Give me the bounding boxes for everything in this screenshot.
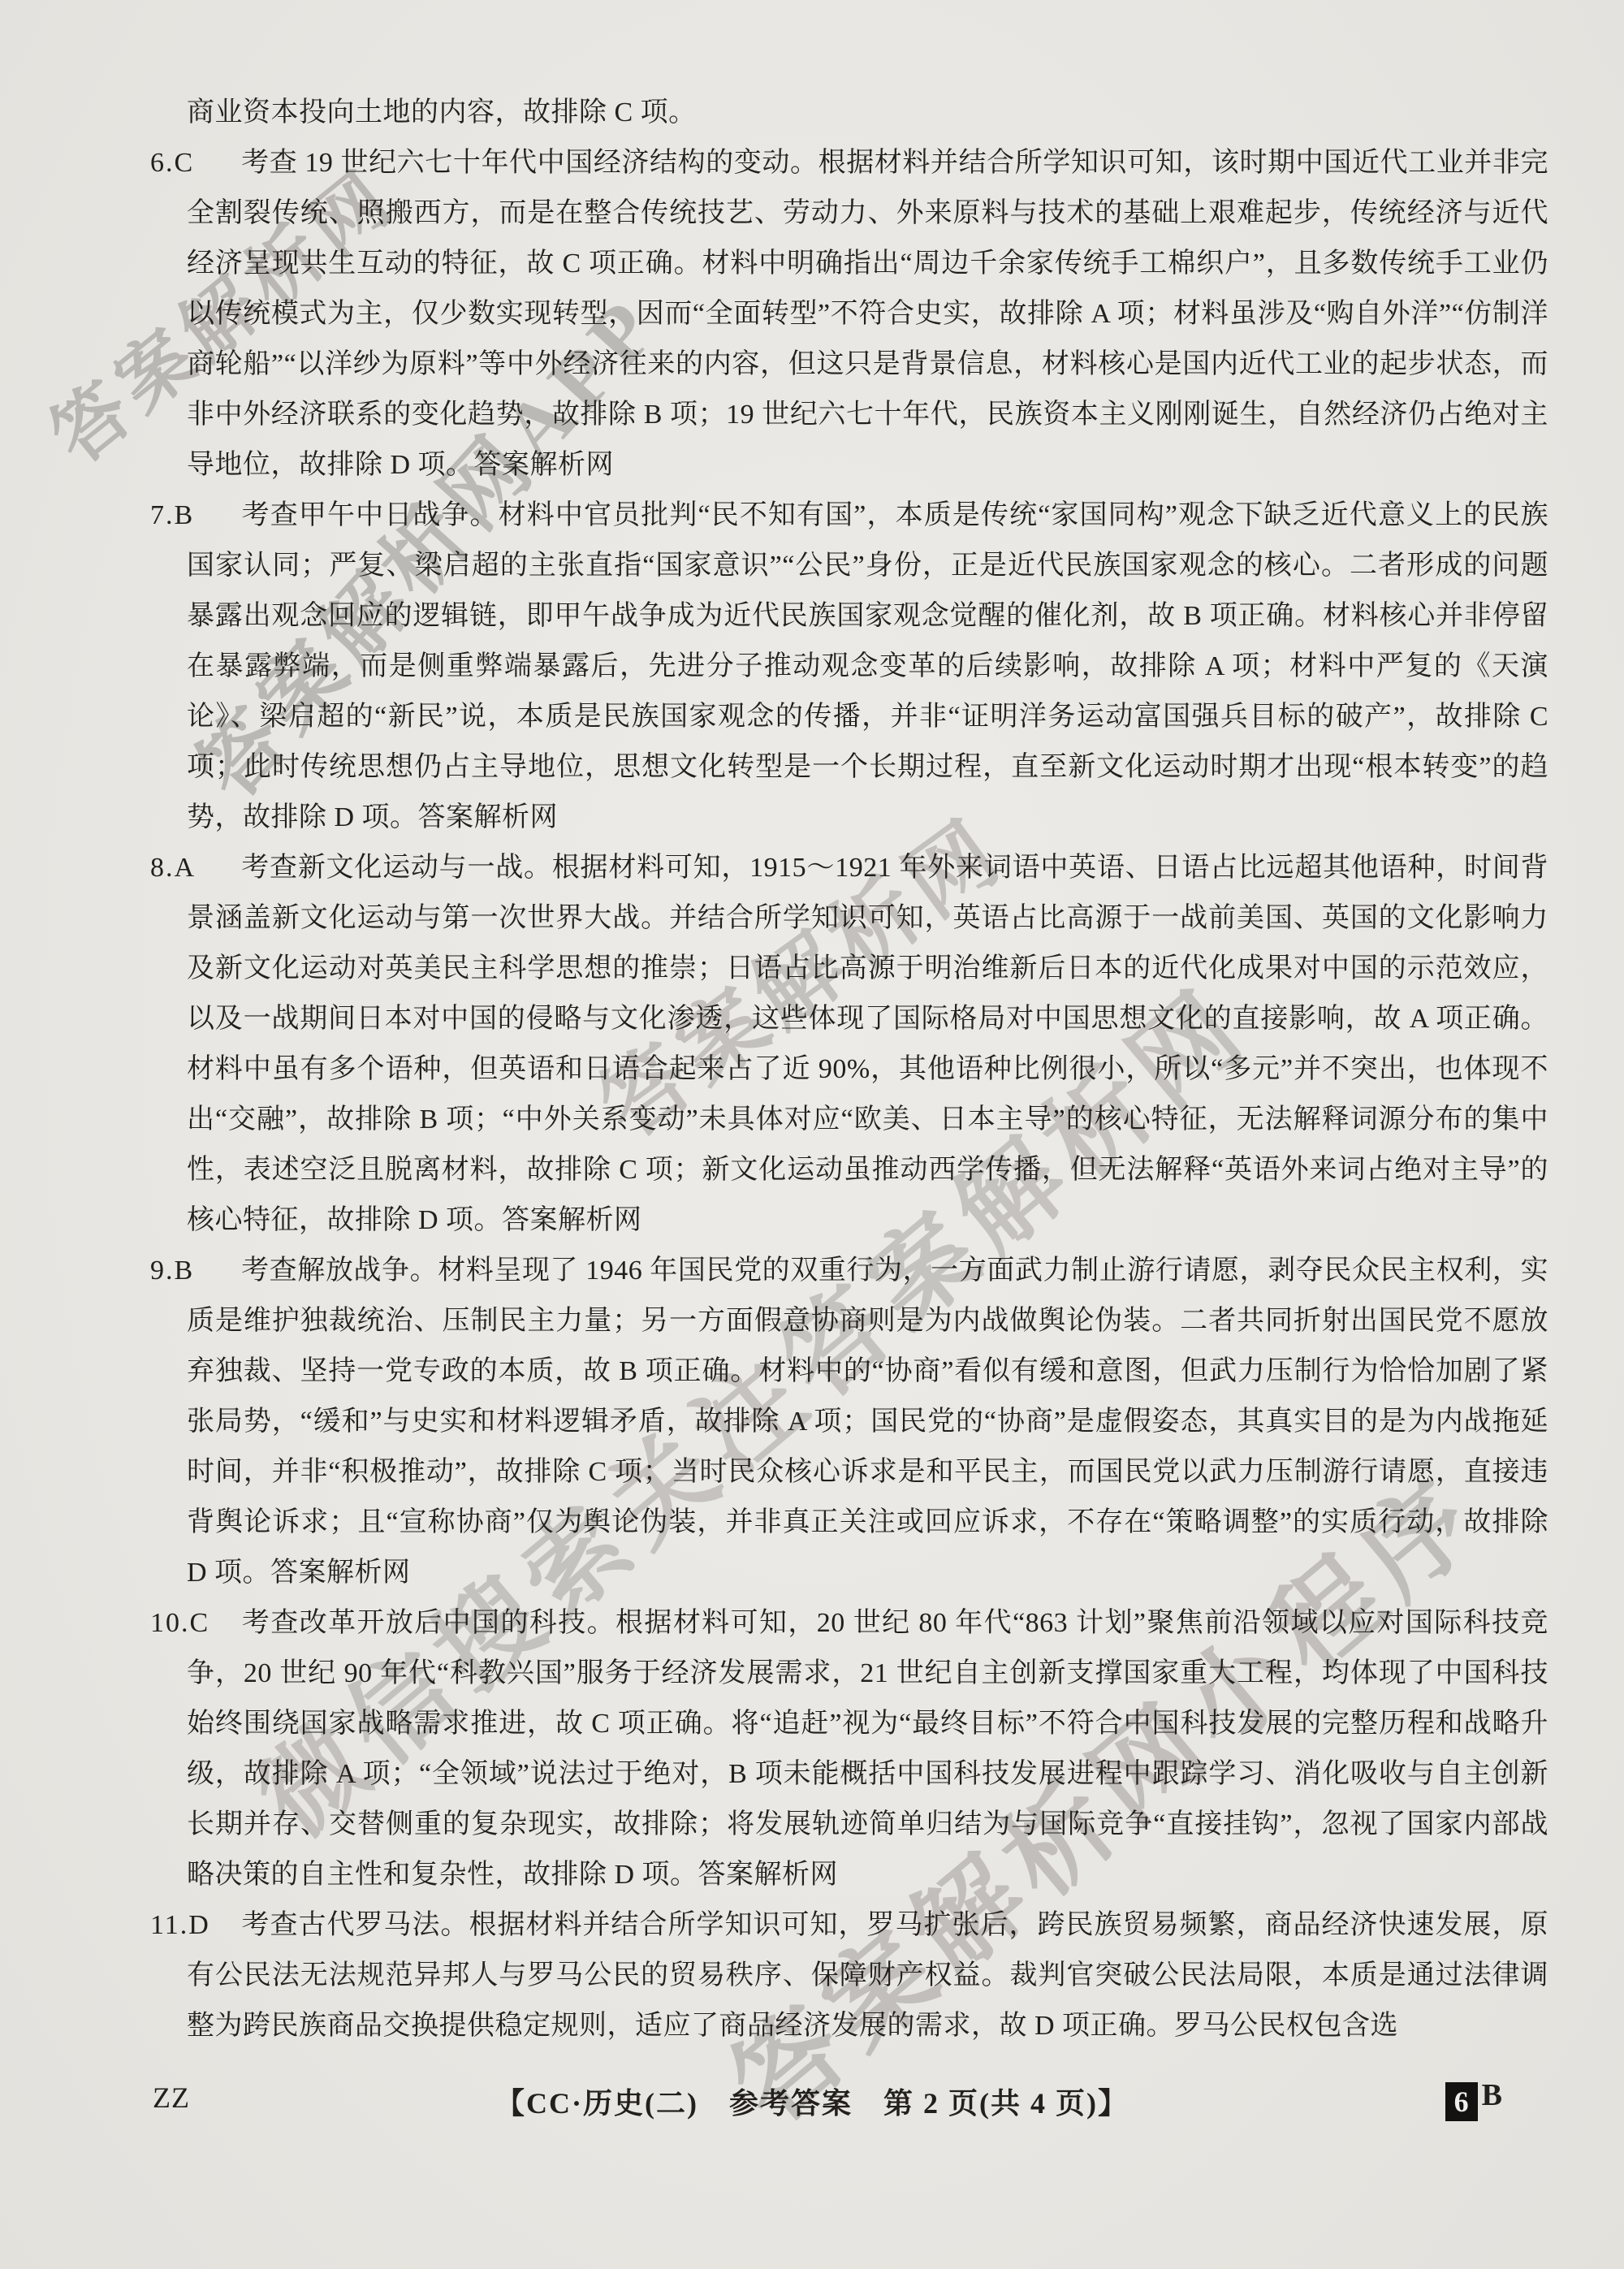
item-text: 考查 19 世纪六七十年代中国经济结构的变动。根据材料并结合所学知识可知，该时期… [187,148,1548,480]
answer-item-6: 6.C考查 19 世纪六七十年代中国经济结构的变动。根据材料并结合所学知识可知，… [150,138,1548,491]
paper-code-badge: 6B [1445,2077,1502,2121]
answer-item-11: 11.D考查古代罗马法。根据材料并结合所学知识可知，罗马扩张后，跨民族贸易频繁，… [150,1900,1548,2051]
answer-item-8: 8.A考查新文化运动与一战。根据材料可知，1915～1921 年外来词语中英语、… [150,843,1548,1246]
item-text: 考查解放战争。材料呈现了 1946 年国民党的双重行为，一方面武力制止游行请愿，… [187,1256,1548,1588]
answer-item-9: 9.B考查解放战争。材料呈现了 1946 年国民党的双重行为，一方面武力制止游行… [150,1246,1548,1598]
item-text: 考查新文化运动与一战。根据材料可知，1915～1921 年外来词语中英语、日语占… [187,853,1548,1235]
footer-title: 【CC·历史(二) 参考答案 第 2 页(共 4 页)】 [0,2081,1624,2122]
paper-code-number: 6 [1445,2082,1478,2121]
page-footer: ZZ 【CC·历史(二) 参考答案 第 2 页(共 4 页)】 6B [0,2076,1624,2133]
item-label: 10.C [150,1598,241,1649]
scanned-answer-sheet-page: 答案解析网 答案解析网APP 答案解析网 微信搜索关注答案解析网 答案解析网小程… [0,0,1624,2269]
answer-item-10: 10.C考查改革开放后中国的科技。根据材料可知，20 世纪 80 年代“863 … [150,1598,1548,1900]
continuation-line: 商业资本投向土地的内容，故排除 C 项。 [150,88,1548,138]
item-label: 8.A [150,843,241,893]
item-label: 9.B [150,1246,241,1296]
item-text: 考查甲午中日战争。材料中官员批判“民不知有国”，本质是传统“家国同构”观念下缺乏… [187,500,1548,832]
paper-code-letter: B [1482,2078,1502,2112]
item-label: 7.B [150,491,241,541]
item-text: 考查改革开放后中国的科技。根据材料可知，20 世纪 80 年代“863 计划”聚… [187,1608,1548,1890]
answer-explanations: 商业资本投向土地的内容，故排除 C 项。 6.C考查 19 世纪六七十年代中国经… [150,88,1548,2051]
item-label: 6.C [150,138,241,188]
item-label: 11.D [150,1900,241,1951]
item-text: 考查古代罗马法。根据材料并结合所学知识可知，罗马扩张后，跨民族贸易频繁，商品经济… [187,1910,1548,2041]
answer-item-7: 7.B考查甲午中日战争。材料中官员批判“民不知有国”，本质是传统“家国同构”观念… [150,491,1548,843]
